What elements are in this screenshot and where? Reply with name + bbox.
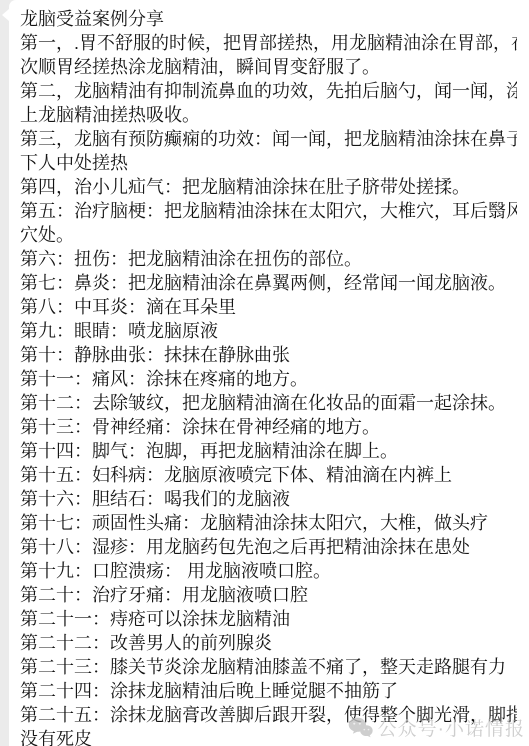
text-line: 第十八：湿疹：用龙脑药包先泡之后再把精油涂抹在患处: [20, 535, 517, 559]
text-line: 第十二：去除皱纹，把龙脑精油滴在化妆品的面霜一起涂抹。: [20, 391, 517, 415]
text-line: 第十九：口腔溃疡： 用龙脑液喷口腔。: [20, 559, 517, 583]
text-line: 第九：眼睛：喷龙脑原液: [20, 319, 517, 343]
text-line: 第十一：痛风：涂抹在疼痛的地方。: [20, 367, 517, 391]
text-line: 第二十一：痔疮可以涂抹龙脑精油: [20, 607, 517, 631]
text-line: 第十六：胆结石：喝我们的龙脑液: [20, 487, 517, 511]
text-line: 第二十二：改善男人的前列腺炎: [20, 631, 517, 655]
text-line: 第十四：脚气：泡脚，再把龙脑精油涂在脚上。: [20, 439, 517, 463]
text-line: 下人中处搓热: [20, 151, 517, 175]
text-line: 第二十四：涂抹龙脑精油后晚上睡觉腿不抽筋了: [20, 679, 517, 703]
bubble-tail: [2, 9, 9, 21]
text-line: 第二十：治疗牙痛：用龙脑液喷口腔: [20, 583, 517, 607]
message-text: 龙脑受益案例分享 第一，.胃不舒服的时候，把胃部搓热，用龙脑精油涂在胃部，在 次…: [9, 0, 529, 746]
text-line: 穴处。: [20, 223, 517, 247]
text-line: 第六：扭伤：把龙脑精油涂在扭伤的部位。: [20, 247, 517, 271]
text-line: 第二，龙脑精油有抑制流鼻血的功效，先拍后脑勺，闻一闻，涂: [20, 79, 517, 103]
text-line: 次顺胃经搓热涂龙脑精油，瞬间胃变舒服了。: [20, 55, 517, 79]
text-line: 第十五：妇科病：龙脑原液喷完下体、精油滴在内裤上: [20, 463, 517, 487]
text-line: 没有死皮: [20, 727, 517, 746]
message-bubble: 龙脑受益案例分享 第一，.胃不舒服的时候，把胃部搓热，用龙脑精油涂在胃部，在 次…: [9, 0, 529, 746]
text-line: 第七：鼻炎：把龙脑精油涂在鼻翼两侧，经常闻一闻龙脑液。: [20, 271, 517, 295]
text-line: 第四，治小儿疝气：把龙脑精油涂抹在肚子脐带处搓揉。: [20, 175, 517, 199]
text-line: 第八：中耳炎：滴在耳朵里: [20, 295, 517, 319]
text-line: 第二十五：涂抹龙脑膏改善脚后跟开裂，使得整个脚光滑，脚指: [20, 703, 517, 727]
text-line: 第一，.胃不舒服的时候，把胃部搓热，用龙脑精油涂在胃部，在: [20, 31, 517, 55]
text-line: 第五：治疗脑梗：把龙脑精油涂抹在太阳穴，大椎穴，耳后翳风: [20, 199, 517, 223]
title-line: 龙脑受益案例分享: [20, 7, 517, 31]
text-line: 第十三：骨神经痛：涂抹在骨神经痛的地方。: [20, 415, 517, 439]
text-line: 第二十三：膝关节炎涂龙脑精油膝盖不痛了，整天走路腿有力: [20, 655, 517, 679]
text-line: 第十七：顽固性头痛：龙脑精油涂抹太阳穴，大椎，做头疗: [20, 511, 517, 535]
text-line: 上龙脑精油搓热吸收。: [20, 103, 517, 127]
text-line: 第三，龙脑有预防癫痫的功效：闻一闻，把龙脑精油涂抹在鼻子: [20, 127, 517, 151]
chat-background: 龙脑受益案例分享 第一，.胃不舒服的时候，把胃部搓热，用龙脑精油涂在胃部，在 次…: [0, 0, 529, 746]
text-line: 第十：静脉曲张：抹抹在静脉曲张: [20, 343, 517, 367]
